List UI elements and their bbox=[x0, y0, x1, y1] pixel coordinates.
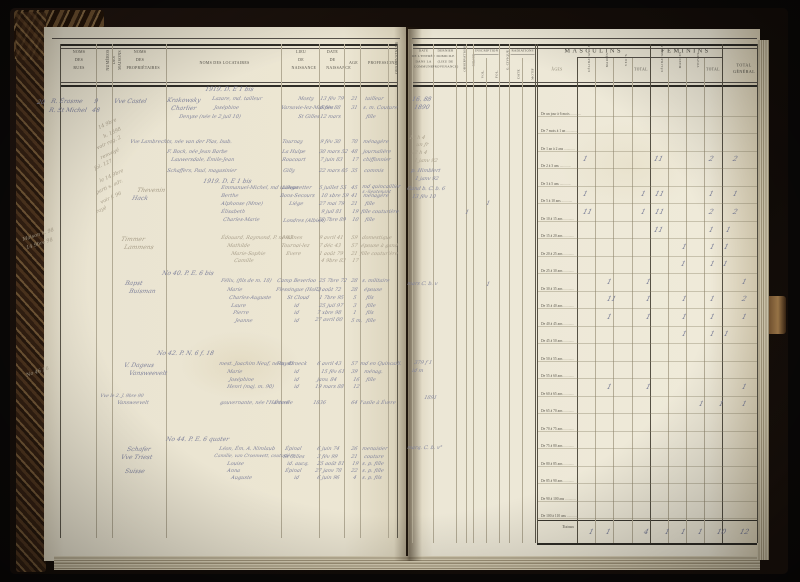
scanned-register-photo: NOMS des RUES NUMÉROS DES MAISONS NOMS d… bbox=[0, 0, 800, 582]
photo-vignette bbox=[0, 0, 800, 582]
